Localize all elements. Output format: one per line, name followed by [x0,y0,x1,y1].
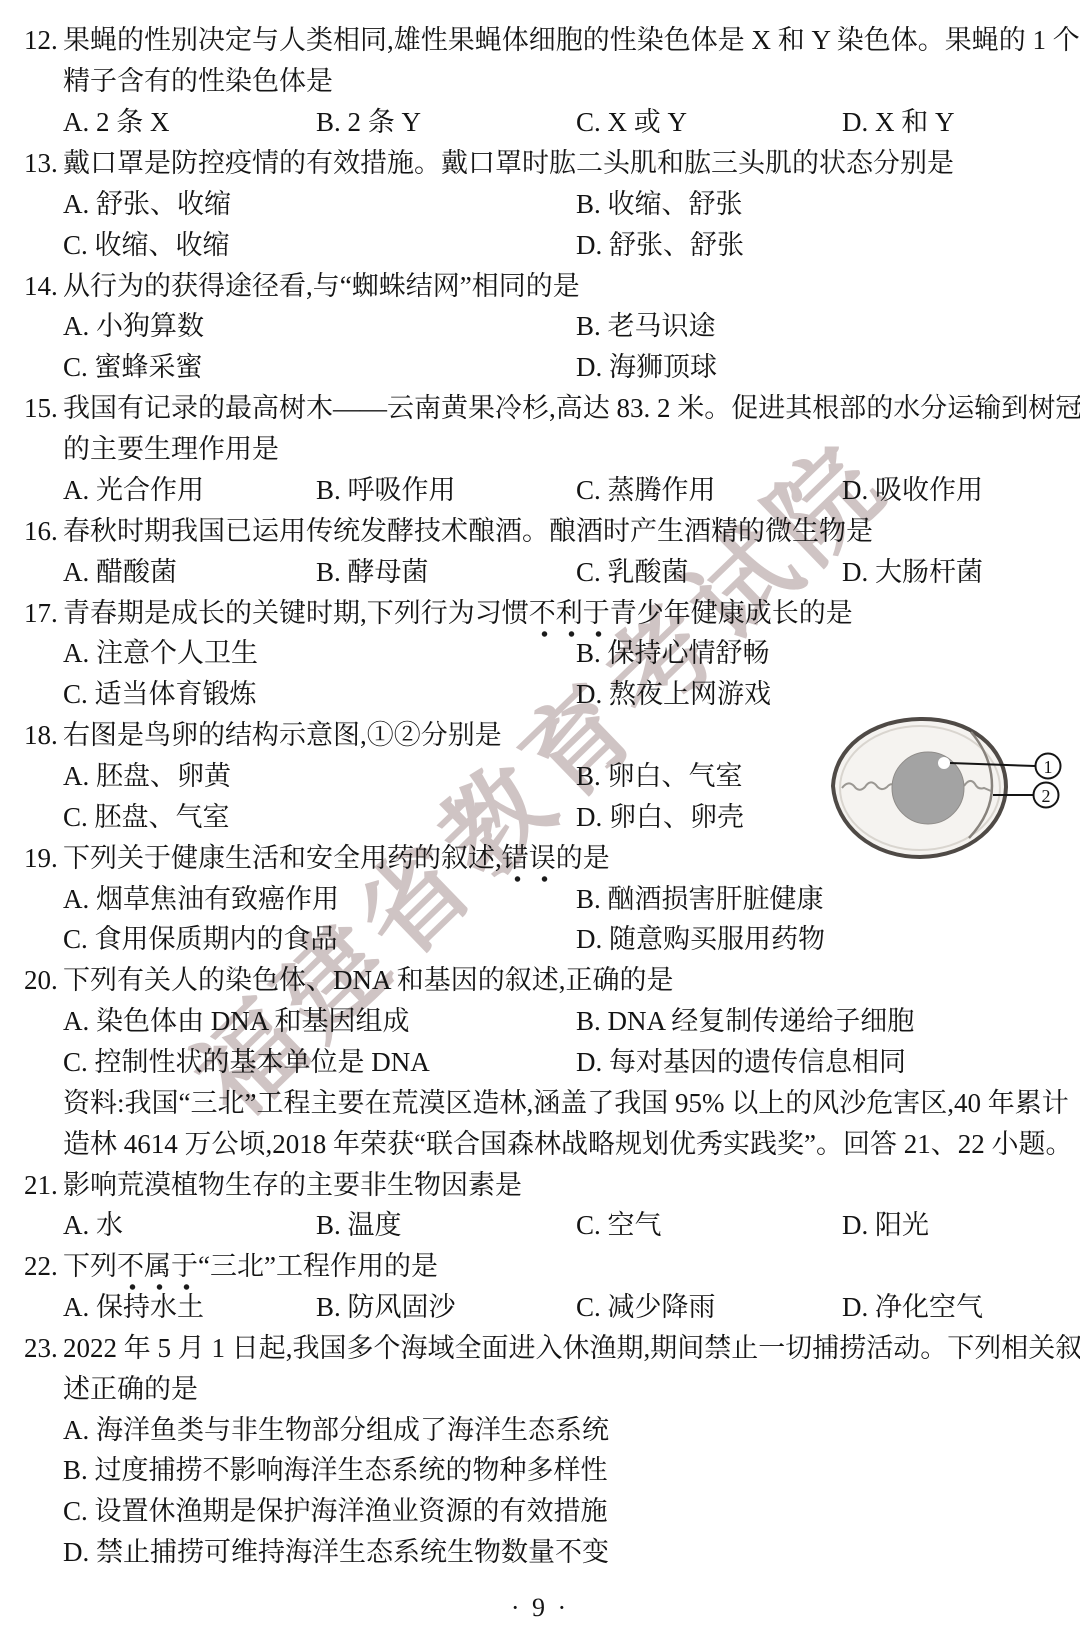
question-13-option-b: B. 收缩、舒张 [576,183,743,225]
question-14-number: 14. [24,265,58,307]
question-19-option-a: A. 烟草焦油有致癌作用 [63,878,339,920]
question-13-option-a: A. 舒张、收缩 [63,183,231,225]
question-15-number: 15. [24,387,58,429]
question-19-stem-text: 下列关于健康生活和安全用药的叙述,错误的是 [63,837,610,879]
question-13-stem-text: 戴口罩是防控疫情的有效措施。戴口罩时肱二头肌和肱三头肌的状态分别是 [63,142,954,184]
question-20-stem: 20. 下列有关人的染色体、DNA 和基因的叙述,正确的是 [0,959,1080,1001]
question-19-stem-emphasized: 错误 [502,843,556,882]
question-18-option-a: A. 胚盘、卵黄 [63,755,231,797]
question-12-number: 12. [24,19,58,61]
question-15-option-b: B. 呼吸作用 [316,469,456,511]
question-14-options-row-2: C. 蜜蜂采蜜 D. 海狮顶球 [0,346,1080,388]
question-12-option-d: D. X 和 Y [842,101,955,143]
question-13-options-row-2: C. 收缩、收缩 D. 舒张、舒张 [0,224,1080,266]
question-19-option-b: B. 酗酒损害肝脏健康 [576,878,824,920]
question-23-option-row-a: A. 海洋鱼类与非生物部分组成了海洋生态系统 [0,1409,1080,1451]
question-21-option-a: A. 水 [63,1204,123,1246]
question-17-option-d: D. 熬夜上网游戏 [576,673,771,715]
question-23-option-d: D. 禁止捕捞可维持海洋生态系统生物数量不变 [63,1531,609,1573]
question-19-options-row-2: C. 食用保质期内的食品 D. 随意购买服用药物 [0,918,1080,960]
question-14-option-d: D. 海狮顶球 [576,346,717,388]
question-16-option-c: C. 乳酸菌 [576,551,689,593]
passage-text-2: 造林 4614 万公顷,2018 年荣获“联合国森林战略规划优秀实践奖”。回答 … [63,1123,1072,1165]
question-14-option-b: B. 老马识途 [576,305,716,347]
question-14-option-a: A. 小狗算数 [63,305,204,347]
question-23-number: 23. [24,1327,58,1369]
question-16-option-a: A. 醋酸菌 [63,551,177,593]
question-12-option-a: A. 2 条 X [63,101,170,143]
question-22-stem-post: “三北”工程作用的是 [198,1251,438,1281]
question-15-option-a: A. 光合作用 [63,469,204,511]
question-13-stem: 13. 戴口罩是防控疫情的有效措施。戴口罩时肱二头肌和肱三头肌的状态分别是 [0,142,1080,184]
question-14-stem-text: 从行为的获得途径看,与“蜘蛛结网”相同的是 [63,265,580,307]
question-17-number: 17. [24,592,58,634]
question-21-option-c: C. 空气 [576,1204,662,1246]
question-16-option-d: D. 大肠杆菌 [842,551,983,593]
question-15-stem-text-1: 我国有记录的最高树木——云南黄果冷杉,高达 83. 2 米。促进其根部的水分运输… [63,387,1080,429]
question-23-option-b: B. 过度捕捞不影响海洋生态系统的物种多样性 [63,1449,608,1491]
question-13-option-d: D. 舒张、舒张 [576,224,744,266]
question-14-option-c: C. 蜜蜂采蜜 [63,346,203,388]
passage-line-2: 造林 4614 万公顷,2018 年荣获“联合国森林战略规划优秀实践奖”。回答 … [0,1123,1080,1165]
question-20-option-c: C. 控制性状的基本单位是 DNA [63,1041,430,1083]
question-20-options-row-1: A. 染色体由 DNA 和基因组成 B. DNA 经复制传递给子细胞 [0,1000,1080,1042]
question-20-option-b: B. DNA 经复制传递给子细胞 [576,1000,914,1042]
question-18-option-b: B. 卵白、气室 [576,755,743,797]
question-22-stem-text: 下列不属于“三北”工程作用的是 [63,1245,438,1287]
question-23-option-row-d: D. 禁止捕捞可维持海洋生态系统生物数量不变 [0,1531,1080,1573]
question-16-option-b: B. 酵母菌 [316,551,429,593]
question-21-stem-text: 影响荒漠植物生存的主要非生物因素是 [63,1164,522,1206]
question-17-option-b: B. 保持心情舒畅 [576,632,770,674]
question-15-stem-text-2: 的主要生理作用是 [63,428,279,470]
question-20-option-a: A. 染色体由 DNA 和基因组成 [63,1000,410,1042]
question-14-options-row-1: A. 小狗算数 B. 老马识途 [0,305,1080,347]
germinal-disc [938,757,950,769]
question-18-option-d: D. 卵白、卵壳 [576,796,744,838]
question-23-option-row-b: B. 过度捕捞不影响海洋生态系统的物种多样性 [0,1449,1080,1491]
question-19-stem: 19. 下列关于健康生活和安全用药的叙述,错误的是 [0,837,1080,879]
question-15-stem-line-2: 的主要生理作用是 [0,428,1080,470]
question-20-stem-text: 下列有关人的染色体、DNA 和基因的叙述,正确的是 [63,959,674,1001]
question-23-option-row-c: C. 设置休渔期是保护海洋渔业资源的有效措施 [0,1490,1080,1532]
question-22-number: 22. [24,1245,58,1287]
question-20-options-row-2: C. 控制性状的基本单位是 DNA D. 每对基因的遗传信息相同 [0,1041,1080,1083]
question-19-stem-post: 的是 [556,843,610,873]
passage-line-1: 资料:我国“三北”工程主要在荒漠区造林,涵盖了我国 95% 以上的风沙危害区,4… [0,1082,1080,1124]
question-12-option-c: C. X 或 Y [576,101,687,143]
question-23-option-a: A. 海洋鱼类与非生物部分组成了海洋生态系统 [63,1409,609,1451]
question-17-option-a: A. 注意个人卫生 [63,632,258,674]
question-22-option-c: C. 减少降雨 [576,1286,716,1328]
question-22-option-a: A. 保持水土 [63,1286,204,1328]
question-16-stem: 16. 春秋时期我国已运用传统发酵技术酿酒。酿酒时产生酒精的微生物是 [0,510,1080,552]
question-12-stem-line-1: 12. 果蝇的性别决定与人类相同,雄性果蝇体细胞的性染色体是 X 和 Y 染色体… [0,19,1080,61]
passage-text-1: 资料:我国“三北”工程主要在荒漠区造林,涵盖了我国 95% 以上的风沙危害区,4… [63,1082,1069,1124]
question-13-number: 13. [24,142,58,184]
question-15-options-row: A. 光合作用 B. 呼吸作用 C. 蒸腾作用 D. 吸收作用 [0,469,1080,511]
question-23-stem-text-2: 述正确的是 [63,1368,198,1410]
question-16-number: 16. [24,510,58,552]
page-number: · 9 · [0,1587,1080,1629]
question-13-option-c: C. 收缩、收缩 [63,224,230,266]
question-19-option-d: D. 随意购买服用药物 [576,918,825,960]
question-21-options-row: A. 水 B. 温度 C. 空气 D. 阳光 [0,1204,1080,1246]
question-17-stem-pre: 青春期是成长的关键时期,下列行为习惯 [63,598,529,628]
question-21-option-d: D. 阳光 [842,1204,929,1246]
question-19-options-row-1: A. 烟草焦油有致癌作用 B. 酗酒损害肝脏健康 [0,878,1080,920]
question-17-stem-text: 青春期是成长的关键时期,下列行为习惯不利于青少年健康成长的是 [63,592,853,634]
question-23-stem-line-1: 23. 2022 年 5 月 1 日起,我国多个海域全面进入休渔期,期间禁止一切… [0,1327,1080,1369]
question-22-option-b: B. 防风固沙 [316,1286,456,1328]
question-20-number: 20. [24,959,58,1001]
question-16-options-row: A. 醋酸菌 B. 酵母菌 C. 乳酸菌 D. 大肠杆菌 [0,551,1080,593]
question-21-number: 21. [24,1164,58,1206]
question-23-option-c: C. 设置休渔期是保护海洋渔业资源的有效措施 [63,1490,608,1532]
question-15-option-c: C. 蒸腾作用 [576,469,716,511]
question-20-option-d: D. 每对基因的遗传信息相同 [576,1041,906,1083]
question-18-number: 18. [24,714,58,756]
question-23-stem-text-1: 2022 年 5 月 1 日起,我国多个海域全面进入休渔期,期间禁止一切捕捞活动… [63,1327,1080,1369]
question-23-stem-line-2: 述正确的是 [0,1368,1080,1410]
question-16-stem-text: 春秋时期我国已运用传统发酵技术酿酒。酿酒时产生酒精的微生物是 [63,510,873,552]
question-19-number: 19. [24,837,58,879]
question-22-stem: 22. 下列不属于“三北”工程作用的是 [0,1245,1080,1287]
question-12-option-b: B. 2 条 Y [316,101,421,143]
question-12-stem-line-2: 精子含有的性染色体是 [0,60,1080,102]
question-15-stem-line-1: 15. 我国有记录的最高树木——云南黄果冷杉,高达 83. 2 米。促进其根部的… [0,387,1080,429]
question-22-option-d: D. 净化空气 [842,1286,983,1328]
question-12-options-row: A. 2 条 X B. 2 条 Y C. X 或 Y D. X 和 Y [0,101,1080,143]
question-19-option-c: C. 食用保质期内的食品 [63,918,338,960]
exam-page: 福建省教育考试院 12. 果蝇的性别决定与人类相同,雄性果蝇体细胞的性染色体是 … [0,0,1080,1647]
question-13-options-row-1: A. 舒张、收缩 B. 收缩、舒张 [0,183,1080,225]
question-17-option-c: C. 适当体育锻炼 [63,673,257,715]
question-12-stem-text-2: 精子含有的性染色体是 [63,60,333,102]
question-17-stem: 17. 青春期是成长的关键时期,下列行为习惯不利于青少年健康成长的是 [0,592,1080,634]
question-15-option-d: D. 吸收作用 [842,469,983,511]
question-17-stem-post: 青少年健康成长的是 [610,598,853,628]
question-22-stem-emphasized: 不属于 [117,1251,198,1290]
question-19-stem-pre: 下列关于健康生活和安全用药的叙述, [63,843,502,873]
question-18-stem-text: 右图是鸟卵的结构示意图,①②分别是 [63,714,502,756]
question-12-stem-text-1: 果蝇的性别决定与人类相同,雄性果蝇体细胞的性染色体是 X 和 Y 染色体。果蝇的… [63,19,1080,61]
question-14-stem: 14. 从行为的获得途径看,与“蜘蛛结网”相同的是 [0,265,1080,307]
question-17-options-row-1: A. 注意个人卫生 B. 保持心情舒畅 [0,632,1080,674]
question-22-options-row: A. 保持水土 B. 防风固沙 C. 减少降雨 D. 净化空气 [0,1286,1080,1328]
question-18-option-c: C. 胚盘、气室 [63,796,230,838]
question-21-option-b: B. 温度 [316,1204,402,1246]
figure-label-2: 2 [1042,786,1051,806]
question-22-stem-pre: 下列 [63,1251,117,1281]
figure-label-1: 1 [1044,757,1053,777]
question-21-stem: 21. 影响荒漠植物生存的主要非生物因素是 [0,1164,1080,1206]
